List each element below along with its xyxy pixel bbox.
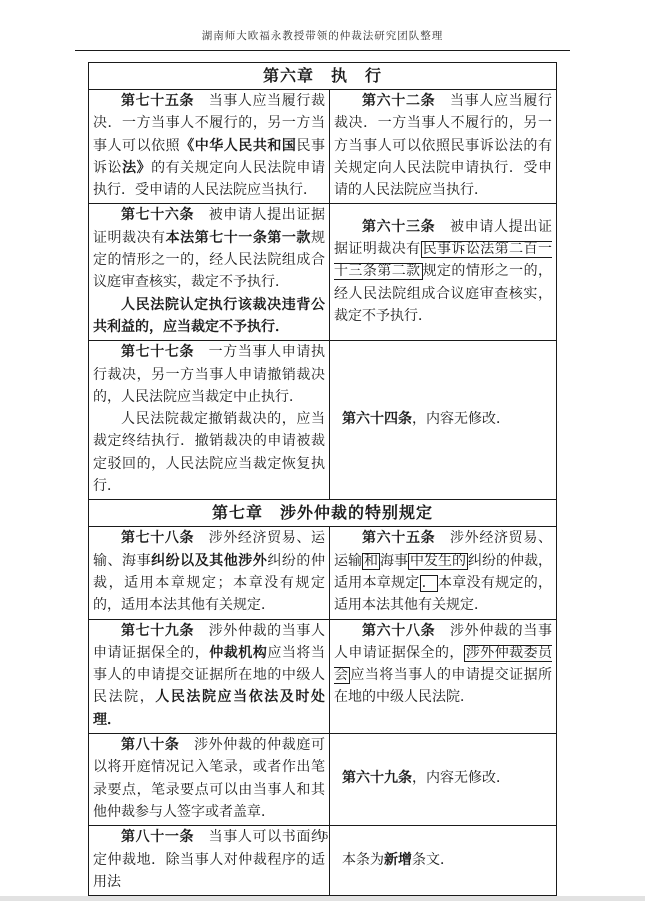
right-article-cell: 第六十五条 涉外经济贸易、运输和海事中发生的纠纷的仲裁，适用本章规定．本章没有规… [330, 527, 556, 618]
paragraph: 人民法院裁定撤销裁决的，应当裁定终结执行．撤销裁决的申请被裁定驳回的，人民法院应… [93, 409, 325, 498]
emphasized-text: 第七十六条 [121, 208, 194, 223]
text-segment: 海事 [380, 554, 408, 569]
paragraph: 第七十六条 被申请人提出证据证明裁决有本法第七十一条第一款规定的情形之一的，经人… [93, 205, 325, 294]
emphasized-text: 第七十七条 [121, 345, 194, 360]
table-row: 第七十六条 被申请人提出证据证明裁决有本法第七十一条第一款规定的情形之一的，经人… [89, 204, 556, 341]
left-article-cell: 第七十八条 涉外经济贸易、运输、海事纠纷以及其他涉外纠纷的仲裁，适用本章规定；本… [89, 527, 330, 618]
paragraph: 第七十八条 涉外经济贸易、运输、海事纠纷以及其他涉外纠纷的仲裁，适用本章规定；本… [93, 528, 325, 617]
emphasized-text: 人民法院认定执行该裁决违背公共利益的，应当裁定不予执行． [93, 298, 325, 335]
emphasized-text: 第七十八条 [121, 531, 194, 546]
comparison-table: 第六章 执 行第七十五条 当事人应当履行裁决．一方当事人不履行的，另一方当事人可… [88, 62, 557, 896]
boxed-revision-text: 中发生的 [408, 553, 468, 570]
paragraph: 本条为新增条文． [342, 850, 552, 872]
text-segment: 应当将当事人的申请提交证据所在地的中级人民法院． [334, 668, 552, 705]
boxed-revision-text: 和 [362, 553, 380, 570]
text-segment: ，内容无修改． [412, 412, 510, 427]
paragraph: 第六十二条 当事人应当履行裁决．一方当事人不履行的，另一方当事人可以依照民事诉讼… [334, 91, 552, 202]
emphasized-text: 第七十五条 [121, 94, 194, 109]
emphasized-text: 第七十九条 [121, 624, 194, 639]
right-article-cell: 第六十九条，内容无修改． [330, 734, 556, 825]
emphasized-text: 第六十九条 [342, 771, 412, 786]
right-article-cell: 第六十四条，内容无修改． [330, 341, 556, 499]
emphasized-text: 新增 [384, 853, 412, 868]
emphasized-text: 本法第七十一条第一款 [166, 231, 311, 246]
paragraph: 第六十九条，内容无修改． [342, 768, 552, 790]
emphasized-text: 纠纷以及其他涉外 [151, 554, 267, 569]
paragraph: 第七十九条 涉外仲裁的当事人申请证据保全的，仲裁机构应当将当事人的申请提交证据所… [93, 621, 325, 732]
paragraph: 人民法院认定执行该裁决违背公共利益的，应当裁定不予执行． [93, 295, 325, 340]
header-divider-line [75, 50, 570, 51]
text-segment: ，内容无修改． [412, 771, 510, 786]
emphasized-text: 第六十四条 [342, 412, 412, 427]
paragraph: 第六十五条 涉外经济贸易、运输和海事中发生的纠纷的仲裁，适用本章规定．本章没有规… [334, 528, 552, 617]
paragraph: 第六十八条 涉外仲裁的当事人申请证据保全的，涉外仲裁委员会应当将当事人的申请提交… [334, 621, 552, 710]
emphasized-text: 仲裁机构 [209, 646, 267, 661]
left-article-cell: 第七十六条 被申请人提出证据证明裁决有本法第七十一条第一款规定的情形之一的，经人… [89, 204, 330, 340]
right-article-cell: 第六十二条 当事人应当履行裁决．一方当事人不履行的，另一方当事人可以依照民事诉讼… [330, 90, 556, 203]
page-number: 16 [0, 830, 645, 842]
emphasized-text: 《中华人民共和国 [180, 139, 296, 154]
document-page: 湖南师大欧福永教授带领的仲裁法研究团队整理 第六章 执 行第七十五条 当事人应当… [0, 0, 645, 901]
emphasized-text: 第六十三条 [362, 220, 435, 235]
left-article-cell: 第八十条 涉外仲裁的仲裁庭可以将开庭情况记入笔录，或者作出笔录要点，笔录要点可以… [89, 734, 330, 825]
text-segment: 条文． [412, 853, 454, 868]
right-article-cell: 第六十八条 涉外仲裁的当事人申请证据保全的，涉外仲裁委员会应当将当事人的申请提交… [330, 620, 556, 733]
emphasized-text: 第六十二条 [362, 94, 435, 109]
window-edge-strip [0, 896, 645, 901]
left-article-cell: 第七十七条 一方当事人申请执行裁决，另一方当事人申请撤销裁决的，人民法院应当裁定… [89, 341, 330, 499]
emphasized-text: 第六十五条 [362, 531, 435, 546]
left-article-cell: 第七十九条 涉外仲裁的当事人申请证据保全的，仲裁机构应当将当事人的申请提交证据所… [89, 620, 330, 733]
paragraph: 第七十七条 一方当事人申请执行裁决，另一方当事人申请撤销裁决的，人民法院应当裁定… [93, 342, 325, 409]
boxed-revision-text: ． [420, 575, 438, 592]
document-header-note: 湖南师大欧福永教授带领的仲裁法研究团队整理 [0, 28, 645, 43]
paragraph: 第六十四条，内容无修改． [342, 409, 552, 431]
text-segment: 人民法院裁定撤销裁决的，应当裁定终结执行．撤销裁决的申请被裁定驳回的，人民法院应… [93, 412, 325, 494]
chapter-heading: 第六章 执 行 [89, 63, 556, 90]
table-row: 第七十五条 当事人应当履行裁决．一方当事人不履行的，另一方当事人可以依照《中华人… [89, 90, 556, 204]
chapter-heading: 第七章 涉外仲裁的特别规定 [89, 500, 556, 527]
emphasized-text: 第六十八条 [362, 624, 435, 639]
paragraph: 第七十五条 当事人应当履行裁决．一方当事人不履行的，另一方当事人可以依照《中华人… [93, 91, 325, 202]
emphasized-text: 第八十条 [121, 738, 179, 753]
paragraph: 第六十三条 被申请人提出证据证明裁决有民事诉讼法第二百一十三条第二款规定的情形之… [334, 217, 552, 328]
table-row: 第八十条 涉外仲裁的仲裁庭可以将开庭情况记入笔录，或者作出笔录要点，笔录要点可以… [89, 734, 556, 826]
table-row: 第七十八条 涉外经济贸易、运输、海事纠纷以及其他涉外纠纷的仲裁，适用本章规定；本… [89, 527, 556, 619]
text-segment: 当事人应当履行裁决．一方当事人不履行的，另一方当事人可以依照民事诉讼法的有关规定… [334, 94, 552, 198]
table-row: 第七十九条 涉外仲裁的当事人申请证据保全的，仲裁机构应当将当事人的申请提交证据所… [89, 620, 556, 734]
table-row: 第七十七条 一方当事人申请执行裁决，另一方当事人申请撤销裁决的，人民法院应当裁定… [89, 341, 556, 500]
text-segment: 本条为 [342, 853, 384, 868]
left-article-cell: 第七十五条 当事人应当履行裁决．一方当事人不履行的，另一方当事人可以依照《中华人… [89, 90, 330, 203]
emphasized-text: 法》 [122, 161, 151, 176]
paragraph: 第八十条 涉外仲裁的仲裁庭可以将开庭情况记入笔录，或者作出笔录要点，笔录要点可以… [93, 735, 325, 824]
right-article-cell: 第六十三条 被申请人提出证据证明裁决有民事诉讼法第二百一十三条第二款规定的情形之… [330, 204, 556, 340]
